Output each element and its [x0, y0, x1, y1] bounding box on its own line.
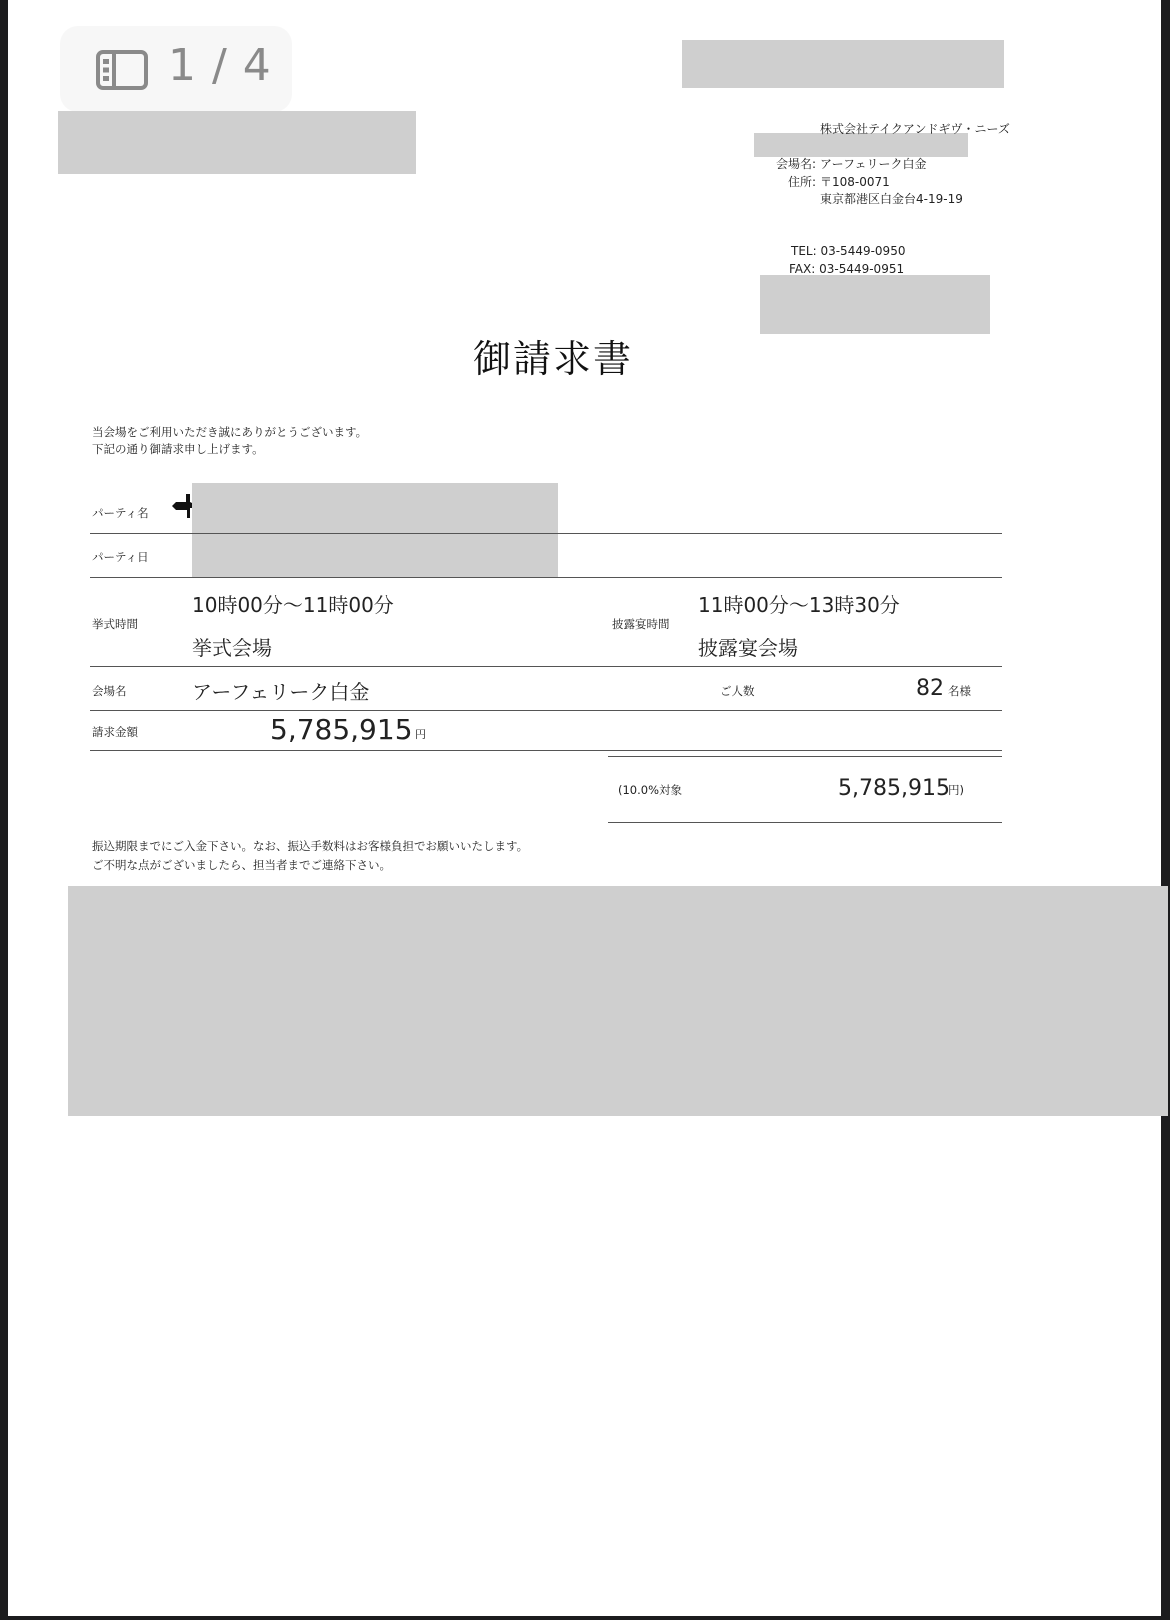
- venue-name-label: 会場名: [92, 683, 127, 699]
- party-date-label: パーティ日: [92, 549, 149, 565]
- party-name-label: パーティ名: [92, 505, 149, 521]
- redacted-party-info: [192, 483, 558, 577]
- divider: [90, 577, 1002, 578]
- invoice-amount: 5,785,915: [270, 713, 413, 746]
- page-indicator[interactable]: 1 / 4: [60, 26, 292, 112]
- tax-unit: 円): [948, 782, 964, 798]
- guests-unit: 名様: [948, 683, 971, 699]
- reception-venue: 披露宴会場: [698, 632, 798, 661]
- divider: [90, 750, 1002, 751]
- divider: [608, 756, 1002, 757]
- guests-count: 82: [916, 676, 944, 701]
- issuer-fax: FAX: 03-5449-0951: [789, 262, 904, 276]
- tax-amount: 5,785,915: [838, 776, 950, 801]
- issuer-venue: アーフェリーク白金: [820, 155, 926, 172]
- issuer-venue-label: 会場名:: [756, 155, 816, 172]
- ceremony-venue: 挙式会場: [192, 632, 272, 661]
- ceremony-time: 10時00分～11時00分: [192, 589, 394, 618]
- note-line-1: 振込期限までにご入金下さい。なお、振込手数料はお客様負担でお願いいたします。: [92, 838, 528, 854]
- redacted-block: [682, 40, 1004, 88]
- divider: [90, 533, 1002, 534]
- redacted-block: [58, 111, 416, 174]
- reception-time-label: 披露宴時間: [612, 616, 670, 632]
- issuer-tel: TEL: 03-5449-0950: [791, 244, 905, 258]
- invoice-page: 1 / 4 株式会社テイクアンドギヴ・ニーズ 会場名: アーフェリーク白金 住所…: [8, 0, 1161, 1616]
- document-title: 御請求書: [473, 328, 633, 383]
- issuer-address-label: 住所:: [756, 173, 816, 190]
- venue-name: アーフェリーク白金: [192, 676, 369, 705]
- amount-label: 請求金額: [92, 724, 138, 740]
- page-indicator-text: 1 / 4: [168, 40, 272, 91]
- issuer-postal: 〒108-0071: [820, 173, 890, 190]
- redacted-block: [68, 886, 1168, 1116]
- divider: [90, 666, 1002, 667]
- issuer-company: 株式会社テイクアンドギヴ・ニーズ: [820, 120, 1010, 137]
- issuer-address: 東京都港区白金台4-19-19: [820, 190, 963, 207]
- reception-time: 11時00分～13時30分: [698, 589, 900, 618]
- greeting-line-1: 当会場をご利用いただき誠にありがとうございます。: [92, 424, 367, 440]
- divider: [90, 710, 1002, 711]
- sidebar-pages-icon: [96, 50, 148, 90]
- tax-label: (10.0%対象: [618, 782, 682, 798]
- redacted-block: [760, 275, 990, 334]
- ceremony-time-label: 挙式時間: [92, 616, 138, 632]
- divider: [608, 822, 1002, 823]
- amount-unit: 円: [415, 726, 426, 742]
- guests-label: ご人数: [720, 683, 755, 699]
- note-line-2: ご不明な点がございましたら、担当者までご連絡下さい。: [92, 857, 391, 873]
- greeting-line-2: 下記の通り御請求申し上げます。: [92, 441, 264, 457]
